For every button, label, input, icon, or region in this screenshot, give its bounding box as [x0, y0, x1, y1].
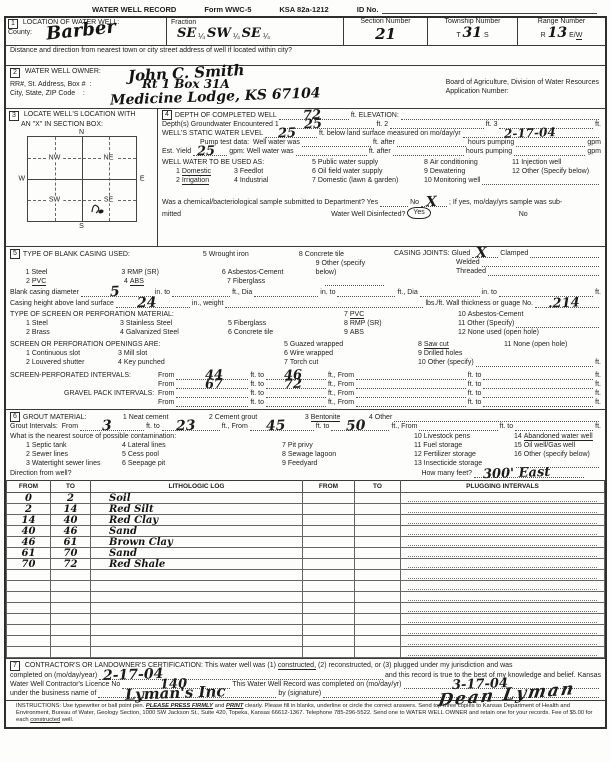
quarter-symbol: ¼ — [198, 32, 205, 41]
disinfected-no-label: No — [519, 210, 528, 219]
ft-3-label: ft. 3 — [486, 120, 498, 129]
use-option-num: 12 — [512, 168, 520, 175]
use-label: WELL WATER TO BE USED AS: — [162, 158, 312, 167]
grout-2-from: 45 — [266, 422, 286, 432]
plug-from-cell — [303, 592, 355, 603]
grout-option-num: 2 — [209, 414, 213, 421]
lith-to-value: 40 — [51, 515, 91, 526]
lith-to-value — [51, 581, 91, 592]
ft-label: ft. — [595, 371, 601, 380]
lith-log-value: Soil — [91, 493, 303, 504]
section-2-title: WATER WELL OWNER: — [25, 68, 101, 75]
section-number-value: 21 — [375, 25, 396, 43]
section-5-number: 5 — [10, 249, 20, 259]
lith-to-value: 2 — [51, 493, 91, 504]
range-e: E/ — [569, 32, 576, 39]
screen-option-num: 7 — [344, 311, 348, 318]
use-option-num: 5 — [312, 159, 316, 166]
plug-to-cell — [355, 515, 401, 526]
screen-steel: Steel — [32, 320, 48, 327]
contam-fertilizer: Fertilizer storage — [424, 451, 476, 458]
compass-east: E — [140, 176, 145, 183]
casing-option-num: 5 — [203, 251, 207, 258]
ft-to-label: ft. to — [250, 389, 264, 398]
gauge-value: .214 — [548, 298, 580, 308]
contam-watertight: Watertight sewer lines — [32, 460, 101, 467]
casing-other: Other (specify below) — [316, 260, 365, 276]
lith-from-value: 14 — [7, 515, 51, 526]
lith-header-from: FROM — [7, 481, 51, 493]
plug-interval-cell — [401, 493, 605, 504]
gravel-blank — [266, 398, 326, 407]
contam-option-num: 5 — [122, 451, 126, 458]
plug-from-cell — [303, 636, 355, 647]
plug-to-cell — [355, 559, 401, 570]
lith-row: 2 14 Red Silt — [7, 504, 605, 515]
lith-from-value — [7, 581, 51, 592]
in-weight-label: in., weight — [192, 299, 224, 308]
use-option-num: 10 — [424, 177, 432, 184]
est-yield-value: 25 — [196, 147, 214, 157]
interval-blank — [356, 371, 466, 380]
form-title: WATER WELL RECORD — [92, 5, 176, 14]
gpm-label: gpm — [587, 138, 601, 147]
lith-from-value — [7, 625, 51, 636]
monitoring-blank — [482, 176, 599, 185]
plug-interval-cell — [401, 625, 605, 636]
pump-ft-blank — [302, 138, 371, 147]
contam-abandoned-well: Abandoned water well — [524, 433, 593, 441]
screen-asbestos: Asbestos-Cement — [468, 311, 524, 318]
lith-row — [7, 647, 605, 658]
opening-continuous: Continuous slot — [32, 350, 80, 357]
lith-from-value — [7, 570, 51, 581]
press-firmly-emphasis: PLEASE PRESS FIRMLY — [146, 703, 213, 709]
lith-row — [7, 570, 605, 581]
plug-blank — [408, 649, 597, 656]
plug-to-cell — [355, 603, 401, 614]
form-header: WATER WELL RECORD Form WWC-5 KSA 82a-121… — [4, 5, 607, 16]
screen-concrete: Concrete tile — [234, 329, 273, 336]
section-6-number: 6 — [10, 412, 20, 422]
casing-abs: ABS — [130, 278, 144, 286]
casing-wrought-iron: Wrought iron — [209, 251, 249, 258]
plug-from-cell — [303, 603, 355, 614]
pump-gpm-blank — [516, 138, 585, 147]
direction-question: Direction from well? — [10, 469, 71, 478]
ft-dia-label: ft., Dia — [397, 288, 417, 297]
opening-louvered: Louvered shutter — [32, 359, 85, 366]
casing-pvc: PVC — [32, 278, 46, 286]
screen-option-num: 1 — [26, 320, 30, 327]
opening-option-num: 2 — [26, 359, 30, 366]
screen-option-num: 4 — [120, 329, 124, 336]
lith-from-value — [7, 592, 51, 603]
lith-to-value: 14 — [51, 504, 91, 515]
screen-abs: ABS — [350, 329, 364, 336]
screen-option-num: 5 — [228, 320, 232, 327]
plug-interval-cell — [401, 647, 605, 658]
lith-from-value — [7, 603, 51, 614]
ft-to-label: ft. to — [146, 422, 160, 431]
lith-from-value: 40 — [7, 526, 51, 537]
lith-log-value: Red Silt — [91, 504, 303, 515]
section-4-number: 4 — [162, 110, 172, 120]
contam-option-num: 16 — [514, 451, 522, 458]
opening-saw-cut: Saw cut — [424, 341, 449, 349]
form-number: Form WWC-5 — [204, 5, 251, 14]
screen-option-num: 3 — [120, 320, 124, 327]
plug-blank — [408, 572, 597, 579]
static-level-value: 25 — [278, 129, 296, 139]
instructions-text: and — [213, 703, 226, 709]
plug-to-cell — [355, 625, 401, 636]
plug-from-cell — [303, 559, 355, 570]
from-label: From — [158, 380, 174, 389]
plug-blank — [408, 506, 597, 513]
contam-option-num: 6 — [122, 460, 126, 467]
in-to-label: in. to — [482, 288, 497, 297]
from-label: From — [158, 371, 174, 380]
ft-from-label: ft., From — [328, 389, 354, 398]
ft-to-label: ft. to — [250, 371, 264, 380]
lith-to-value: 70 — [51, 548, 91, 559]
ft-to-label: ft. to — [500, 422, 514, 431]
opening-gauzed: Guazed wrapped — [290, 341, 343, 348]
grout-option-num: 3 — [305, 414, 309, 421]
screen-option-num: 11 — [458, 320, 465, 327]
plug-from-cell — [303, 647, 355, 658]
id-no-label: ID No. — [357, 5, 379, 14]
plug-interval-cell — [401, 548, 605, 559]
plug-interval-cell — [401, 504, 605, 515]
plug-blank — [408, 583, 597, 590]
ft-label: ft. — [595, 288, 601, 297]
diam-ft-blank — [172, 288, 230, 297]
use-option-other: Other (Specify below) — [522, 168, 589, 175]
dia3-blank — [420, 288, 480, 297]
ft-label: ft. — [595, 358, 601, 367]
plug-from-cell — [303, 526, 355, 537]
contam-feedyard: Feedyard — [288, 460, 318, 467]
casing-option-num: 3 — [121, 269, 125, 276]
contam-cess-pool: Cess pool — [128, 451, 159, 458]
use-option-num: 7 — [312, 177, 316, 184]
joints-threaded-label: Threaded — [456, 267, 486, 276]
screen-option-num: 2 — [26, 329, 30, 336]
contam-option-num: 8 — [282, 451, 286, 458]
lith-from-value: 2 — [7, 504, 51, 515]
well-water-was-label: Well water was — [247, 147, 294, 156]
static-tail-label: ft. below land surface measured on mo/da… — [319, 129, 461, 138]
weight-blank — [225, 299, 423, 308]
lith-log-value — [91, 614, 303, 625]
section-3-title-line1: LOCATE WELL'S LOCATION WITH — [24, 111, 136, 118]
gravel-blank — [483, 398, 593, 407]
contam-fuel: Fuel storage — [423, 442, 462, 449]
plug-interval-cell — [401, 581, 605, 592]
lith-header-to: TO — [51, 481, 91, 493]
grout-intervals-label: Grout Intervals: — [10, 422, 58, 431]
township-t: T — [456, 32, 460, 39]
opening-other: Other (specify) — [428, 359, 474, 366]
lith-log-value: Sand — [91, 526, 303, 537]
ft-label: ft. — [595, 380, 601, 389]
screen-material-label: TYPE OF SCREEN OR PERFORATION MATERIAL: — [10, 310, 344, 319]
township-s: S — [484, 32, 489, 39]
lith-log-value: Red Shale — [91, 559, 303, 570]
compass-north: N — [79, 129, 84, 136]
use-option-domestic-lawn: Domestic (lawn & garden) — [318, 177, 399, 184]
lith-log-value: Brown Clay — [91, 537, 303, 548]
plug-from-cell — [303, 581, 355, 592]
section-3-number: 3 — [9, 111, 19, 121]
screen-none: None used (open hole) — [468, 329, 539, 336]
plug-from-cell — [303, 537, 355, 548]
screen-stainless: Stainless Steel — [126, 320, 172, 327]
plug-interval-cell — [401, 559, 605, 570]
interval-blank — [483, 380, 593, 389]
use-option-monitoring: Monitoring well — [434, 177, 481, 184]
casing-option-num: 8 — [299, 251, 303, 258]
range-w: W — [576, 32, 583, 40]
lith-from-value: 46 — [7, 537, 51, 548]
lith-to-value: 72 — [51, 559, 91, 570]
groundwater-1-value: 25 — [304, 120, 322, 130]
lith-log-value — [91, 603, 303, 614]
contam-option-num: 3 — [26, 460, 30, 467]
plug-from-cell — [303, 504, 355, 515]
plug-interval-cell — [401, 570, 605, 581]
contam-sewer: Sewer lines — [32, 451, 68, 458]
contam-livestock: Livestock pens — [424, 433, 470, 440]
section-number-label: Section Number — [344, 18, 427, 25]
plug-to-cell — [355, 592, 401, 603]
casing-height-value: 24 — [136, 299, 156, 309]
plug-to-cell — [355, 493, 401, 504]
joints-glued-label: Glued — [452, 249, 471, 258]
lith-log-value: Red Clay — [91, 515, 303, 526]
dia2-ft-blank — [337, 288, 395, 297]
constructed-emphasis: constructed — [30, 717, 60, 723]
distance-value: 300' East — [483, 468, 551, 479]
opening-wire: Wire wrapped — [290, 350, 333, 357]
lith-row — [7, 636, 605, 647]
plug-to-cell — [355, 636, 401, 647]
application-number-label: Application Number: — [446, 87, 599, 96]
mitted-label: mitted — [162, 210, 181, 219]
contam-option-num: 1 — [26, 442, 30, 449]
grout-other: Other — [375, 414, 393, 421]
compass-west: W — [19, 176, 26, 183]
ft-dia-label: ft., Dia — [232, 288, 252, 297]
ft-from-label: ft., From — [328, 398, 354, 407]
section-7-certification: 7 CONTRACTOR'S OR LANDOWNER'S CERTIFICAT… — [6, 658, 605, 700]
opening-option-num: 1 — [26, 350, 30, 357]
contam-lateral: Lateral lines — [128, 442, 166, 449]
contam-option-num: 15 — [514, 442, 522, 449]
disinfected-label: Water Well Disinfected? — [331, 210, 405, 219]
use-option-domestic: Domestic — [182, 168, 211, 176]
quadrant-nw: NW — [46, 155, 64, 162]
lith-header-row: FROM TO LITHOLOGIC LOG FROM TO PLUGGING … — [7, 481, 605, 493]
lith-log-value — [91, 592, 303, 603]
casing-diameter-value: 5 — [110, 288, 120, 297]
casing-title: TYPE OF BLANK CASING USED: — [23, 250, 203, 259]
lith-row — [7, 592, 605, 603]
elevation-blank — [401, 111, 599, 120]
casing-option-num: 9 — [316, 260, 320, 267]
screen-option-num: 6 — [228, 329, 232, 336]
gravel-blank — [176, 389, 248, 398]
in-to-label: in. to — [320, 288, 335, 297]
ft-to-label: ft. to — [250, 398, 264, 407]
joints-glued-mark: X — [476, 249, 487, 258]
gravel-blank — [266, 389, 326, 398]
gravel-pack-label: GRAVEL PACK INTERVALS: — [10, 389, 158, 398]
plug-blank — [408, 638, 597, 645]
screen-option-num: 12 — [458, 329, 466, 336]
dia2-blank — [254, 288, 318, 297]
ft-to-label: ft. to — [468, 398, 482, 407]
constructed-underlined: constructed, — [278, 662, 316, 670]
use-option-industrial: Industrial — [240, 177, 268, 184]
casing-steel: Steel — [31, 269, 47, 276]
from-label: From — [158, 389, 174, 398]
fraction-1-value: SE — [177, 26, 196, 41]
business-name-value: Lyman's Inc — [125, 687, 226, 700]
gpm-label: gpm — [587, 147, 601, 156]
completed-on-label: completed on (mo/day/year) — [10, 671, 97, 680]
plug-blank — [408, 561, 597, 568]
use-option-num: 4 — [234, 177, 238, 184]
ft-label: ft. — [595, 120, 601, 129]
address-label: RR#, St. Address, Box # — [10, 81, 85, 88]
grout-3-blank — [419, 422, 497, 431]
contam-option-num: 2 — [26, 451, 30, 458]
board-of-agriculture-text: Board of Agriculture, Division of Water … — [446, 78, 599, 87]
plug-interval-cell — [401, 592, 605, 603]
plug-to-cell — [355, 537, 401, 548]
pump-hours-blank — [397, 138, 466, 147]
section-1-number: 1 — [8, 19, 18, 29]
plug-interval-cell — [401, 614, 605, 625]
use-option-public: Public water supply — [318, 159, 378, 166]
use-option-dewatering: Dewatering — [430, 168, 465, 175]
casing-rmp: RMP (SR) — [127, 269, 159, 276]
section-2-owner: 2 WATER WELL OWNER: RR#, St. Address, Bo… — [6, 65, 605, 108]
plug-from-cell — [303, 515, 355, 526]
lith-row: 0 2 Soil — [7, 493, 605, 504]
contam-sewage-lagoon: Sewage lagoon — [288, 451, 336, 458]
business-name-label: under the business name of — [10, 689, 96, 698]
plug-blank — [408, 539, 597, 546]
lith-row: 70 72 Red Shale — [7, 559, 605, 570]
threaded-blank — [488, 267, 599, 276]
use-option-oilfield: Oil field water supply — [318, 168, 383, 175]
plug-interval-cell — [401, 515, 605, 526]
lith-from-value — [7, 647, 51, 658]
lith-row — [7, 614, 605, 625]
grid-center-line — [82, 137, 83, 221]
section-3-title-line2: AN "X" IN SECTION BOX: — [9, 121, 154, 128]
casing-option-num: 4 — [124, 278, 128, 285]
casing-height-label: Casing height above land surface — [10, 299, 114, 308]
section-1-location: 1 LOCATION OF WATER WELL: County: Barber… — [6, 18, 605, 46]
casing-option-num: 7 — [227, 278, 231, 285]
yield-ft-blank — [296, 147, 367, 156]
lith-row — [7, 603, 605, 614]
contam-pit-privy: Pit privy — [288, 442, 313, 449]
use-option-num: 9 — [424, 168, 428, 175]
grout-option-num: 1 — [123, 414, 127, 421]
gravel-blank — [176, 398, 248, 407]
instructions-text: INSTRUCTIONS: Use typewriter or ball poi… — [16, 703, 146, 709]
grout-1-to: 23 — [176, 422, 196, 432]
lith-to-value — [51, 570, 91, 581]
section-3-locate: 3 LOCATE WELL'S LOCATION WITH AN "X" IN … — [6, 109, 158, 246]
lith-from-value: 0 — [7, 493, 51, 504]
screen-brass: Brass — [32, 329, 50, 336]
plug-to-cell — [355, 614, 401, 625]
quadrant-ne: NE — [101, 155, 117, 162]
ft-label: ft. — [595, 422, 601, 431]
section-2-number: 2 — [10, 68, 20, 78]
groundwater-label: Depth(s) Groundwater Encountered 1 — [162, 120, 279, 129]
opening-drilled: Drilled holes — [424, 350, 463, 357]
plug-to-cell — [355, 581, 401, 592]
section-4-depth: 4 DEPTH OF COMPLETED WELL 72 ft. ELEVATI… — [158, 109, 605, 246]
lith-from-value — [7, 614, 51, 625]
lith-header-log: LITHOLOGIC LOG — [91, 481, 303, 493]
screen-galvanized: Galvanized Steel — [126, 329, 179, 336]
lith-log-value — [91, 647, 303, 658]
lith-to-value — [51, 614, 91, 625]
lith-to-value — [51, 625, 91, 636]
sample-tail: ; If yes, mo/day/yrs sample was sub- — [449, 198, 562, 207]
est-yield-label: Est. Yield — [162, 147, 191, 156]
plug-to-cell — [355, 647, 401, 658]
lith-row: 61 70 Sand — [7, 548, 605, 559]
contam-septic: Septic tank — [32, 442, 67, 449]
township-label: Township Number — [428, 18, 517, 25]
quarter-symbol: ¼ — [263, 32, 270, 41]
plug-to-cell — [355, 570, 401, 581]
gravel-blank — [356, 398, 466, 407]
contam-other: Other (specify below) — [524, 451, 590, 458]
interval-blank — [483, 371, 593, 380]
contam-seepage: Seepage pit — [128, 460, 165, 467]
use-option-num: 11 — [512, 159, 519, 166]
range-label: Range Number — [518, 18, 605, 25]
opening-key-punched: Key punched — [124, 359, 165, 366]
opening-other-blank — [476, 358, 594, 367]
lith-row: 46 61 Brown Clay — [7, 537, 605, 548]
welded-blank — [482, 258, 599, 267]
opening-mill-slot: Mill slot — [124, 350, 147, 357]
ft-2-label: ft. 2 — [376, 120, 388, 129]
fraction-label: Fraction — [171, 19, 339, 26]
plug-blank — [408, 594, 597, 601]
lith-from-value: 61 — [7, 548, 51, 559]
opening-option-num: 5 — [284, 341, 288, 348]
ft-from-label: ft., From — [222, 422, 248, 431]
plug-blank — [408, 616, 597, 623]
contam-option-num: 4 — [122, 442, 126, 449]
plug-to-cell — [355, 504, 401, 515]
grout-1-from: 3 — [102, 422, 112, 431]
fraction-3-value: SE — [242, 26, 261, 41]
